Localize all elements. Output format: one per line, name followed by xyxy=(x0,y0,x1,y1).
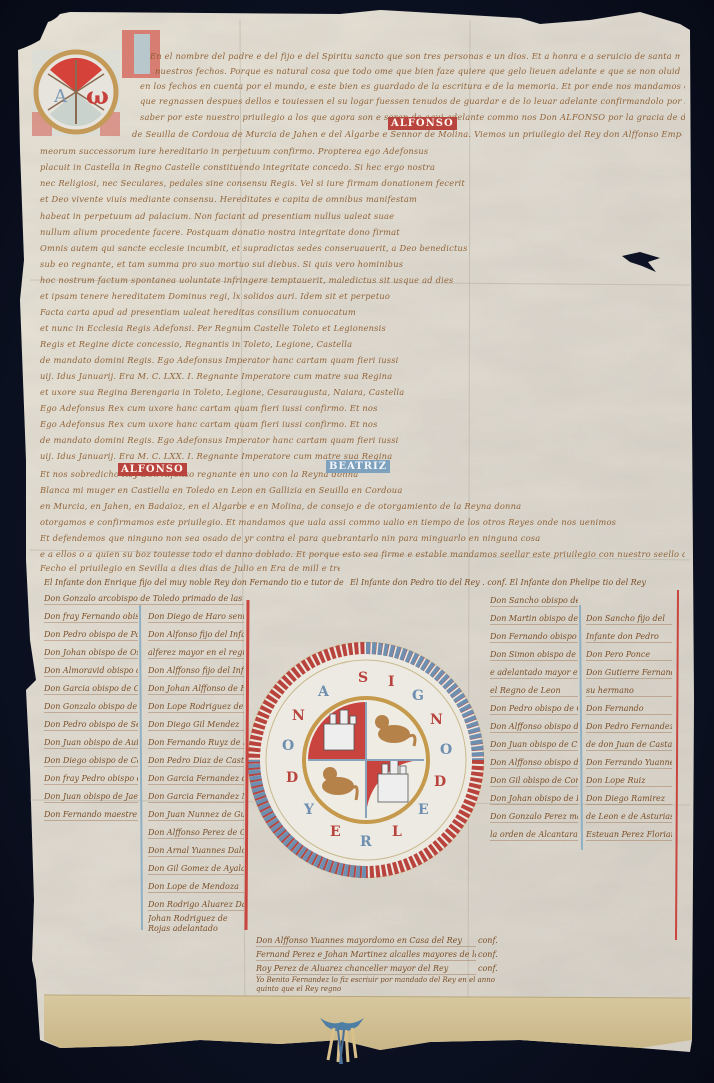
signatory: Don Pedro obispo de Segouia xyxy=(44,720,138,731)
signatory: Don Almoravid obispo de Calahorra xyxy=(44,666,138,677)
official-line: Roy Perez de Aluarez chanceller mayor de… xyxy=(256,964,476,975)
signatory: Don Gil Gomez de Ayala xyxy=(148,864,244,875)
body-line: Et defendemos que ninguno non sea osado … xyxy=(40,534,685,543)
body-line: Omnis autem qui sancte ecclesie incumbit… xyxy=(40,244,685,253)
body-line: e a ellos o a quien su boz touiesse todo… xyxy=(40,550,685,559)
signatory-header-right: El Infante don Pedro tio del Rey . conf.… xyxy=(350,578,680,588)
signatory: Don Garcia obispo de Cuenca xyxy=(44,684,138,695)
signatory: Don Gonzalo arcobispo de Toledo primado … xyxy=(44,594,244,605)
svg-text:L: L xyxy=(392,824,402,840)
body-line: de mandato domini Regis. Ego Adefonsus I… xyxy=(40,436,685,445)
signatory: Don Sancho fijo del xyxy=(586,614,672,625)
signatory: Don Juan obispo de Jaen xyxy=(44,792,138,803)
signatory: alferez mayor en el regno de Murcia xyxy=(148,648,244,659)
queen-name-rubric: BEATRIZ xyxy=(326,460,390,473)
signatory: Don Johan obispo de Osma xyxy=(44,648,138,659)
svg-text:N: N xyxy=(430,712,443,728)
body-line: Fecho el priuilegio en Sevilla a dies di… xyxy=(40,564,340,573)
plica-strip xyxy=(44,995,692,1050)
signatory: Don Alfonso fijo del Infante don Manuel xyxy=(148,630,244,641)
signatory: Don Juan Nunnez de Guzman xyxy=(148,810,244,821)
signatory: Don Johan obispo de Lugo xyxy=(490,794,578,805)
signatory: Don Lope Rodriguez de Villa lobos xyxy=(148,702,244,713)
body-line: placuit in Castella in Regno Castelle co… xyxy=(40,163,685,172)
signatory: Don Pedro Diaz de Castanneda xyxy=(148,756,244,767)
signatory: Johan Rodriguez de Rojas adelantado mayo… xyxy=(148,914,244,934)
body-line: et ipsam tenere hereditatem Dominus regi… xyxy=(40,292,685,301)
svg-text:ω: ω xyxy=(86,81,109,110)
signatory: e adelantado mayor en xyxy=(490,668,578,679)
signatory: Don Ferrando Yuannes de Limia xyxy=(586,758,672,769)
svg-text:A: A xyxy=(53,86,68,107)
body-line: Ego Adefonsus Rex cum uxore hanc cartam … xyxy=(40,404,685,413)
body-line: et Deo vivente viuis mediante consensu. … xyxy=(40,195,685,204)
official-line: Fernand Perez e Johan Martinez alcalles … xyxy=(256,950,476,961)
body-line: sub eo regnante, et tam summa pro suo mo… xyxy=(40,260,685,269)
signatory: Don Gil obispo de Coria xyxy=(490,776,578,787)
svg-text:R: R xyxy=(360,834,372,850)
signatory: Don Simon obispo de Astorga xyxy=(490,650,578,661)
signatory: Don Diego obispo de Cartagena xyxy=(44,756,138,767)
body-line: en los fechos en cuenta por el mundo, e … xyxy=(140,82,685,91)
signatory: Don Sancho obispo de Seuilla xyxy=(490,596,578,607)
signatory: de Leon e de Asturias xyxy=(586,812,672,823)
signatory: Don Pedro Fernandez fijo xyxy=(586,722,672,733)
body-line: Blanca mi muger en Castiella en Toledo e… xyxy=(40,486,685,495)
signatory: Infante don Pedro xyxy=(586,632,672,643)
signatory: Don Garcia Fernandez Manrrique xyxy=(148,792,244,803)
body-line: de mandato domini Regis. Ego Adefonsus I… xyxy=(40,356,685,365)
signatory: Don Gonzalo obispo de Siguença xyxy=(44,702,138,713)
svg-text:D: D xyxy=(286,770,298,786)
signatory: Don Martin obispo de Leon xyxy=(490,614,578,625)
signatory: Don Fernando maestre de Calatraua xyxy=(44,810,138,821)
signatory: Don Alffonso Perez de Guzman xyxy=(148,828,244,839)
signatory: Don Pedro obispo de Çamora xyxy=(490,704,578,715)
signatory: Don Johan Alffonso de Haro xyxy=(148,684,244,695)
signatory: Don Juan obispo de Auila xyxy=(44,738,138,749)
svg-text:E: E xyxy=(330,824,341,840)
king-name-rubric: ALFONSO xyxy=(388,117,457,130)
signatory: Don Alffonso fijo del Infante de Molina xyxy=(148,666,244,677)
signatory: la orden de Alcantara xyxy=(490,830,578,841)
body-line: Regis et Regine dicte concessio, Regnant… xyxy=(40,340,685,349)
signatory: Don Garcia Fernandez de Villamayor xyxy=(148,774,244,785)
body-line: En el nombre del padre e del fijo e del … xyxy=(150,52,680,61)
signatory: Don fray Pedro obispo de Cadiz xyxy=(44,774,138,785)
body-line: Facta carta apud ad presentiam ualeat he… xyxy=(40,308,685,317)
signatory: Don Lope Ruiz xyxy=(586,776,672,787)
body-line: hoc nostrum factum spontanea uoluntate i… xyxy=(40,276,685,285)
signatory: Don Pero Ponce xyxy=(586,650,672,661)
svg-text:Y: Y xyxy=(303,802,315,818)
svg-text:G: G xyxy=(412,688,424,704)
signatory-header-left: El Infante don Enrique fijo del muy nobl… xyxy=(44,578,344,588)
body-line: et uxore sua Regina Berengaria in Toleto… xyxy=(40,388,685,397)
signatory: Don Alffonso obispo de Badaioz xyxy=(490,758,578,769)
signatory: Don Gutierre Fernandez xyxy=(586,668,672,679)
signatory: Don Fernando obispo de Ouiedo xyxy=(490,632,578,643)
svg-text:D: D xyxy=(434,774,446,790)
king-name-rubric: ALFONSO xyxy=(118,463,187,476)
body-line: uij. Idus Januarij. Era M. C. LXX. I. Re… xyxy=(40,372,685,381)
signatory: Don Diego de Haro sennor de Vizcaya xyxy=(148,612,244,623)
signatory: Don Fernando Ruyz de Saldanna xyxy=(148,738,244,749)
chrismon-icon: A ω xyxy=(32,50,120,136)
signatory: Don Alffonso obispo de Salamanca xyxy=(490,722,578,733)
body-line: que regnassen despues dellos e touiessen… xyxy=(140,97,685,106)
signatory: Don Gonzalo Perez maestre de xyxy=(490,812,578,823)
signatory: Don Diego Gil Mendez xyxy=(148,720,244,731)
body-line: de Seuilla de Cordoua de Murcia de Jahen… xyxy=(132,130,682,139)
conf-abbreviation: conf. xyxy=(478,936,498,946)
official-line: Don Alffonso Yuannes mayordomo en Casa d… xyxy=(256,936,476,947)
conf-abbreviation: conf. xyxy=(478,950,498,960)
body-line: meorum successorum iure hereditario in p… xyxy=(40,147,685,156)
body-line: otorgamos e confirmamos este priuilegio.… xyxy=(40,518,685,527)
svg-text:S: S xyxy=(358,670,368,686)
body-line: Ego Adefonsus Rex cum uxore hanc cartam … xyxy=(40,420,685,429)
signatory: Don Fernando xyxy=(586,704,672,715)
signatory: Don Lope de Mendoza xyxy=(148,882,244,893)
body-line: en Murcia, en Jahen, en Badaioz, en el A… xyxy=(40,502,685,511)
svg-text:O: O xyxy=(282,738,294,754)
signatory: Don Arnal Yuannes Dalcalar xyxy=(148,846,244,857)
svg-text:I: I xyxy=(388,674,395,690)
svg-text:A: A xyxy=(317,684,330,700)
svg-text:O: O xyxy=(440,742,452,758)
signatory: su hermano xyxy=(586,686,672,697)
body-line: habeat in perpetuum ad palacium. Non fac… xyxy=(40,212,685,221)
rota-seal-icon: S I G N O D E L R E Y D O N A xyxy=(248,642,484,878)
body-line: nuestros fechos. Porque es natural cosa … xyxy=(155,67,680,76)
body-line: et nunc in Ecclesia Regis Adefonsi. Per … xyxy=(40,324,685,333)
official-line: Yo Benito Fernandez lo fiz escriuir por … xyxy=(256,976,496,996)
signatory: Don Pedro obispo de Palencia xyxy=(44,630,138,641)
body-line: nullum alium procedente facere. Postquam… xyxy=(40,228,685,237)
signatory: el Regno de Leon xyxy=(490,686,578,697)
signatory: Don Rodrigo Aluarez Daza xyxy=(148,900,244,911)
signatory: Don Juan obispo de Ciudat xyxy=(490,740,578,751)
svg-text:N: N xyxy=(292,708,305,724)
signatory: de don Juan de Castañeda xyxy=(586,740,672,751)
signatory: Esteuan Perez Florian xyxy=(586,830,672,841)
conf-abbreviation: conf. xyxy=(478,964,498,974)
svg-text:E: E xyxy=(418,802,429,818)
body-line: nec Religiosi, nec Seculares, pedales si… xyxy=(40,179,685,188)
signatory: Don fray Fernando obispo de Burgos xyxy=(44,612,138,623)
signatory: Don Diego Ramirez xyxy=(586,794,672,805)
